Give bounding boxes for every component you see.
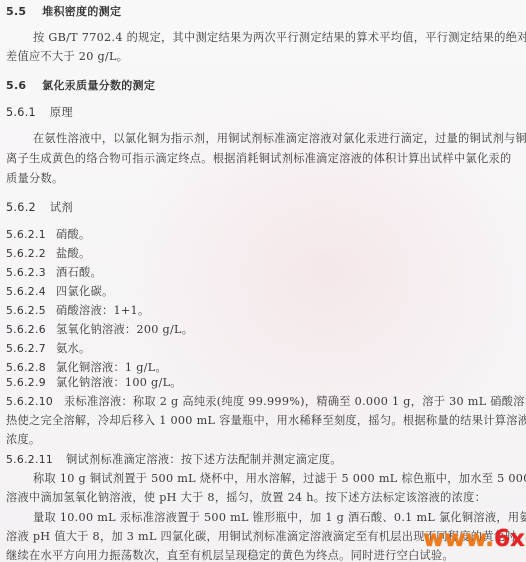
paragraph-line: 溶液中滴加氢氧化钠溶液，使 pH 大于 8，摇匀，放置 24 h。按下述方法标定… [6, 491, 486, 505]
reagent-item-10: 5.6.2.10汞标准溶液：称取 2 g 高纯汞(纯度 99.999%)，精确至… [6, 395, 526, 409]
section-title: 试剂 [50, 201, 73, 214]
section-number: 5.6 [6, 79, 38, 93]
item-text: 汞标准溶液：称取 2 g 高纯汞(纯度 99.999%)，精确至 0.000 1… [64, 395, 526, 408]
paragraph-line: 离子生成黄色的络合物可指示滴定终点。根据消耗铜试剂标准滴定溶液的体积计算出试样中… [6, 152, 511, 166]
watermark-prefix: www. [423, 526, 494, 552]
section-number: 5.6.1 [6, 106, 46, 120]
reagent-item: 5.6.2.5硝酸溶液：1+1。 [6, 304, 149, 318]
reagent-item-11: 5.6.2.11铜试剂标准滴定溶液：按下述方法配制并测定滴定度。 [6, 453, 342, 467]
watermark-middle: 6x0 [494, 526, 526, 552]
item-number: 5.6.2.2 [6, 247, 56, 261]
item-number: 5.6.2.5 [6, 304, 56, 318]
section-number: 5.5 [6, 5, 38, 19]
item-text: 氯化铜溶液：1 g/L。 [56, 361, 167, 374]
section-title: 氯化汞质量分数的测定 [42, 79, 155, 92]
section-title: 原理 [50, 106, 73, 119]
section-number: 5.6.2 [6, 201, 46, 215]
item-number: 5.6.2.4 [6, 285, 56, 299]
heading-5-6-1: 5.6.1 原理 [6, 106, 73, 120]
reagent-item: 5.6.2.6氢氧化钠溶液：200 g/L。 [6, 323, 193, 337]
item-text: 氢氧化钠溶液：200 g/L。 [56, 323, 193, 336]
reagent-item: 5.6.2.1硝酸。 [6, 228, 90, 242]
item-number: 5.6.2.3 [6, 266, 56, 280]
item-number: 5.6.2.9 [6, 376, 56, 390]
paragraph-line: 量取 10.00 mL 汞标准溶液置于 500 mL 锥形瓶中，加 1 g 酒石… [33, 511, 526, 525]
heading-5-6-2: 5.6.2 试剂 [6, 201, 73, 215]
reagent-item: 5.6.2.2盐酸。 [6, 247, 90, 261]
paragraph-line: 称取 10 g 铜试剂置于 500 mL 烧杯中，用水溶解，过滤于 5 000 … [33, 472, 526, 486]
reagent-item: 5.6.2.8氯化铜溶液：1 g/L。 [6, 361, 167, 375]
item-number: 5.6.2.8 [6, 361, 56, 375]
reagent-item: 5.6.2.9氯化钠溶液：100 g/L。 [6, 376, 182, 390]
paragraph-line: 质量分数。 [6, 172, 63, 186]
heading-5-5: 5.5 堆积密度的测定 [6, 5, 121, 19]
item-text: 铜试剂标准滴定溶液：按下述方法配制并测定滴定度。 [66, 453, 342, 466]
item-text: 硝酸。 [56, 228, 90, 241]
item-text: 酒石酸。 [56, 266, 102, 279]
item-text: 硝酸溶液：1+1。 [56, 304, 149, 317]
item-number: 5.6.2.6 [6, 323, 56, 337]
reagent-item: 5.6.2.4四氯化碳。 [6, 285, 113, 299]
heading-5-6: 5.6 氯化汞质量分数的测定 [6, 79, 155, 93]
paragraph-line: 浓度。 [6, 433, 40, 447]
item-text: 四氯化碳。 [56, 285, 113, 298]
item-number: 5.6.2.10 [6, 395, 64, 409]
paragraph-line: 继续在水平方向用力振荡数次，直至有机层呈现稳定的黄色为终点。同时进行空白试验。 [6, 549, 454, 562]
item-number: 5.6.2.11 [6, 453, 66, 467]
paragraph-line: 按 GB/T 7702.4 的规定，其中测定结果为两次平行测定结果的算术平均值，… [33, 31, 526, 45]
item-number: 5.6.2.7 [6, 342, 56, 356]
reagent-item: 5.6.2.3酒石酸。 [6, 266, 102, 280]
section-title: 堆积密度的测定 [42, 5, 121, 18]
item-text: 盐酸。 [56, 247, 90, 260]
item-number: 5.6.2.1 [6, 228, 56, 242]
item-text: 氯化钠溶液：100 g/L。 [56, 376, 182, 389]
reagent-item: 5.6.2.7氨水。 [6, 342, 90, 356]
paragraph-line: 差值应不大于 20 g/L。 [6, 50, 128, 64]
paragraph-line: 在氨性溶液中，以氯化铜为指示剂，用铜试剂标准滴定溶液对氯化汞进行滴定，过量的铜试… [33, 132, 526, 146]
item-text: 氨水。 [56, 342, 90, 355]
paragraph-line: 热使之完全溶解，冷却后移入 1 000 mL 容量瓶中，用水稀释至刻度，摇匀。根… [6, 414, 526, 428]
site-watermark: www.6x0.cn [423, 527, 526, 551]
